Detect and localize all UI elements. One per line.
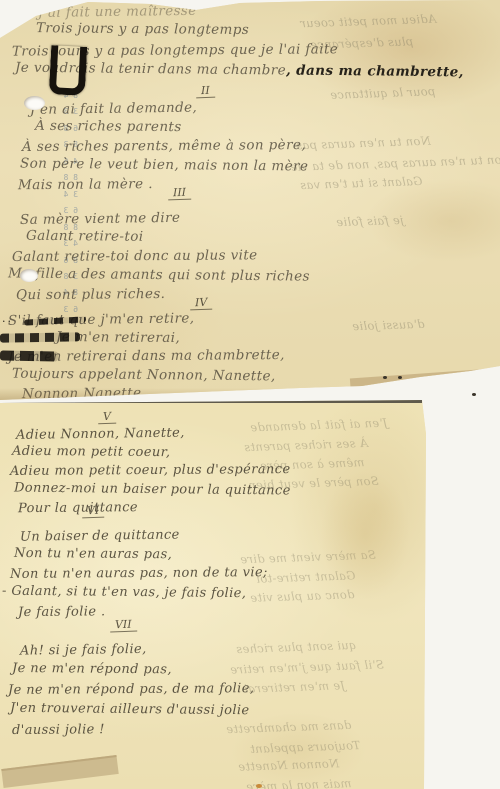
ink-speck bbox=[383, 376, 387, 379]
ink-dots: .. bbox=[2, 312, 13, 325]
manuscript-line: Je fais folie . bbox=[18, 603, 268, 624]
stanza: J'ai fait une maîtresseTrois jours y a p… bbox=[30, 2, 464, 82]
manuscript-line: Adieu mon petit coeur, bbox=[12, 443, 291, 464]
manuscript-line: À ses riches parents bbox=[35, 118, 308, 139]
paper-edge-line bbox=[0, 400, 422, 403]
torn-edge bbox=[350, 368, 500, 388]
manuscript-line: J'en trouverai ailleurs d'aussi jolie bbox=[10, 701, 255, 724]
manuscript-line: - Galant, si tu t'en vas, je fais folie, bbox=[2, 584, 268, 606]
stanza: Sa mère vient me direGalant retire-toiGa… bbox=[18, 210, 310, 305]
manuscript-line: d'aussi jolie ! bbox=[12, 721, 255, 743]
manuscript-line: Adieu Nonnon, Nanette, bbox=[16, 424, 291, 446]
verse-number-marker: V bbox=[98, 410, 116, 425]
manuscript-line: Galant retire-toi donc au plus vite bbox=[12, 247, 310, 268]
manuscript-line: Adieu mon petit coeur, plus d'espérance bbox=[10, 462, 291, 482]
manuscript-line: Mais non la mère . bbox=[18, 175, 308, 197]
manuscript-line: Qui sont plus riches. bbox=[16, 285, 310, 307]
stanza: Un baiser de quittanceNon tu n'en auras … bbox=[10, 528, 268, 623]
bleedthrough-line: Je m'en retirerai bbox=[244, 678, 345, 696]
manuscript-line: Je ne m'en répond pas, de ma folie, bbox=[8, 681, 255, 703]
bleedthrough-line: Non tu n'en auras pas bbox=[296, 134, 431, 153]
bleedthrough-line: je fais folie bbox=[336, 213, 404, 229]
orange-speck bbox=[256, 784, 262, 788]
verse-number-marker: VII bbox=[110, 618, 137, 633]
bleedthrough-line: Toujours appelant bbox=[250, 738, 361, 756]
punch-hole bbox=[24, 96, 45, 110]
bleedthrough-line: d'aussi jolie bbox=[352, 317, 425, 334]
ink-speck bbox=[472, 393, 476, 396]
manuscript-line: Non tu n'en auras pas, non de ta vie; bbox=[10, 565, 268, 586]
stanza: Ah! si je fais folie,Je ne m'en répond p… bbox=[10, 642, 254, 742]
bleedthrough-line: mais non la mère bbox=[246, 776, 352, 789]
bleedthrough-line: pour la quittance bbox=[330, 84, 436, 102]
bleedthrough-line: Galant retire-toi bbox=[256, 568, 356, 585]
verse-number-marker: VI bbox=[82, 504, 105, 519]
manuscript-line: Non tu n'en auras pas, bbox=[14, 546, 268, 567]
verse-number-marker: III bbox=[168, 186, 192, 201]
bleedthrough-line: Nonnon Nanette bbox=[238, 756, 340, 774]
bleedthrough-line: Non tu n'en auras pas, non de ta vie bbox=[290, 152, 500, 174]
crossed-out-scribble bbox=[0, 350, 58, 361]
verse-number-marker: II bbox=[196, 84, 215, 99]
stanza: J'en ai fait la demande,À ses riches par… bbox=[22, 100, 308, 195]
manuscript-line: Ah! si je fais folie, bbox=[20, 640, 255, 663]
overwritten-dark-ink: , dans ma chambrette, bbox=[286, 62, 464, 80]
manuscript-line: Je m'en retirerai, bbox=[56, 329, 285, 349]
manuscript-line: Pour la quittance bbox=[18, 499, 291, 520]
manuscript-page-2: J'en ai fait la demandeÀ ses riches pare… bbox=[0, 400, 426, 789]
stanza: Adieu Nonnon, Nanette,Adieu mon petit co… bbox=[10, 426, 291, 519]
manuscript-scan: Adieu mon petit coeurplus d'espérancepou… bbox=[0, 0, 500, 789]
punch-hole bbox=[20, 269, 38, 282]
bleedthrough-line: Galant si tu t'en vas bbox=[300, 174, 423, 192]
manuscript-page-1: Adieu mon petit coeurplus d'espérancepou… bbox=[0, 0, 500, 401]
manuscript-line: Galant retire-toi bbox=[26, 228, 310, 249]
ink-speck bbox=[398, 376, 402, 379]
paper-edge-shadow bbox=[0, 388, 370, 401]
manuscript-line: Je ne m'en répond pas, bbox=[12, 661, 255, 683]
crossed-out-scribble bbox=[0, 332, 80, 342]
manuscript-line: À ses riches parents, même à son père, bbox=[22, 137, 308, 158]
verse-number-marker: IV bbox=[190, 296, 213, 311]
ink-blot-verse-marker bbox=[49, 45, 88, 96]
folded-corner-tape bbox=[1, 755, 118, 788]
